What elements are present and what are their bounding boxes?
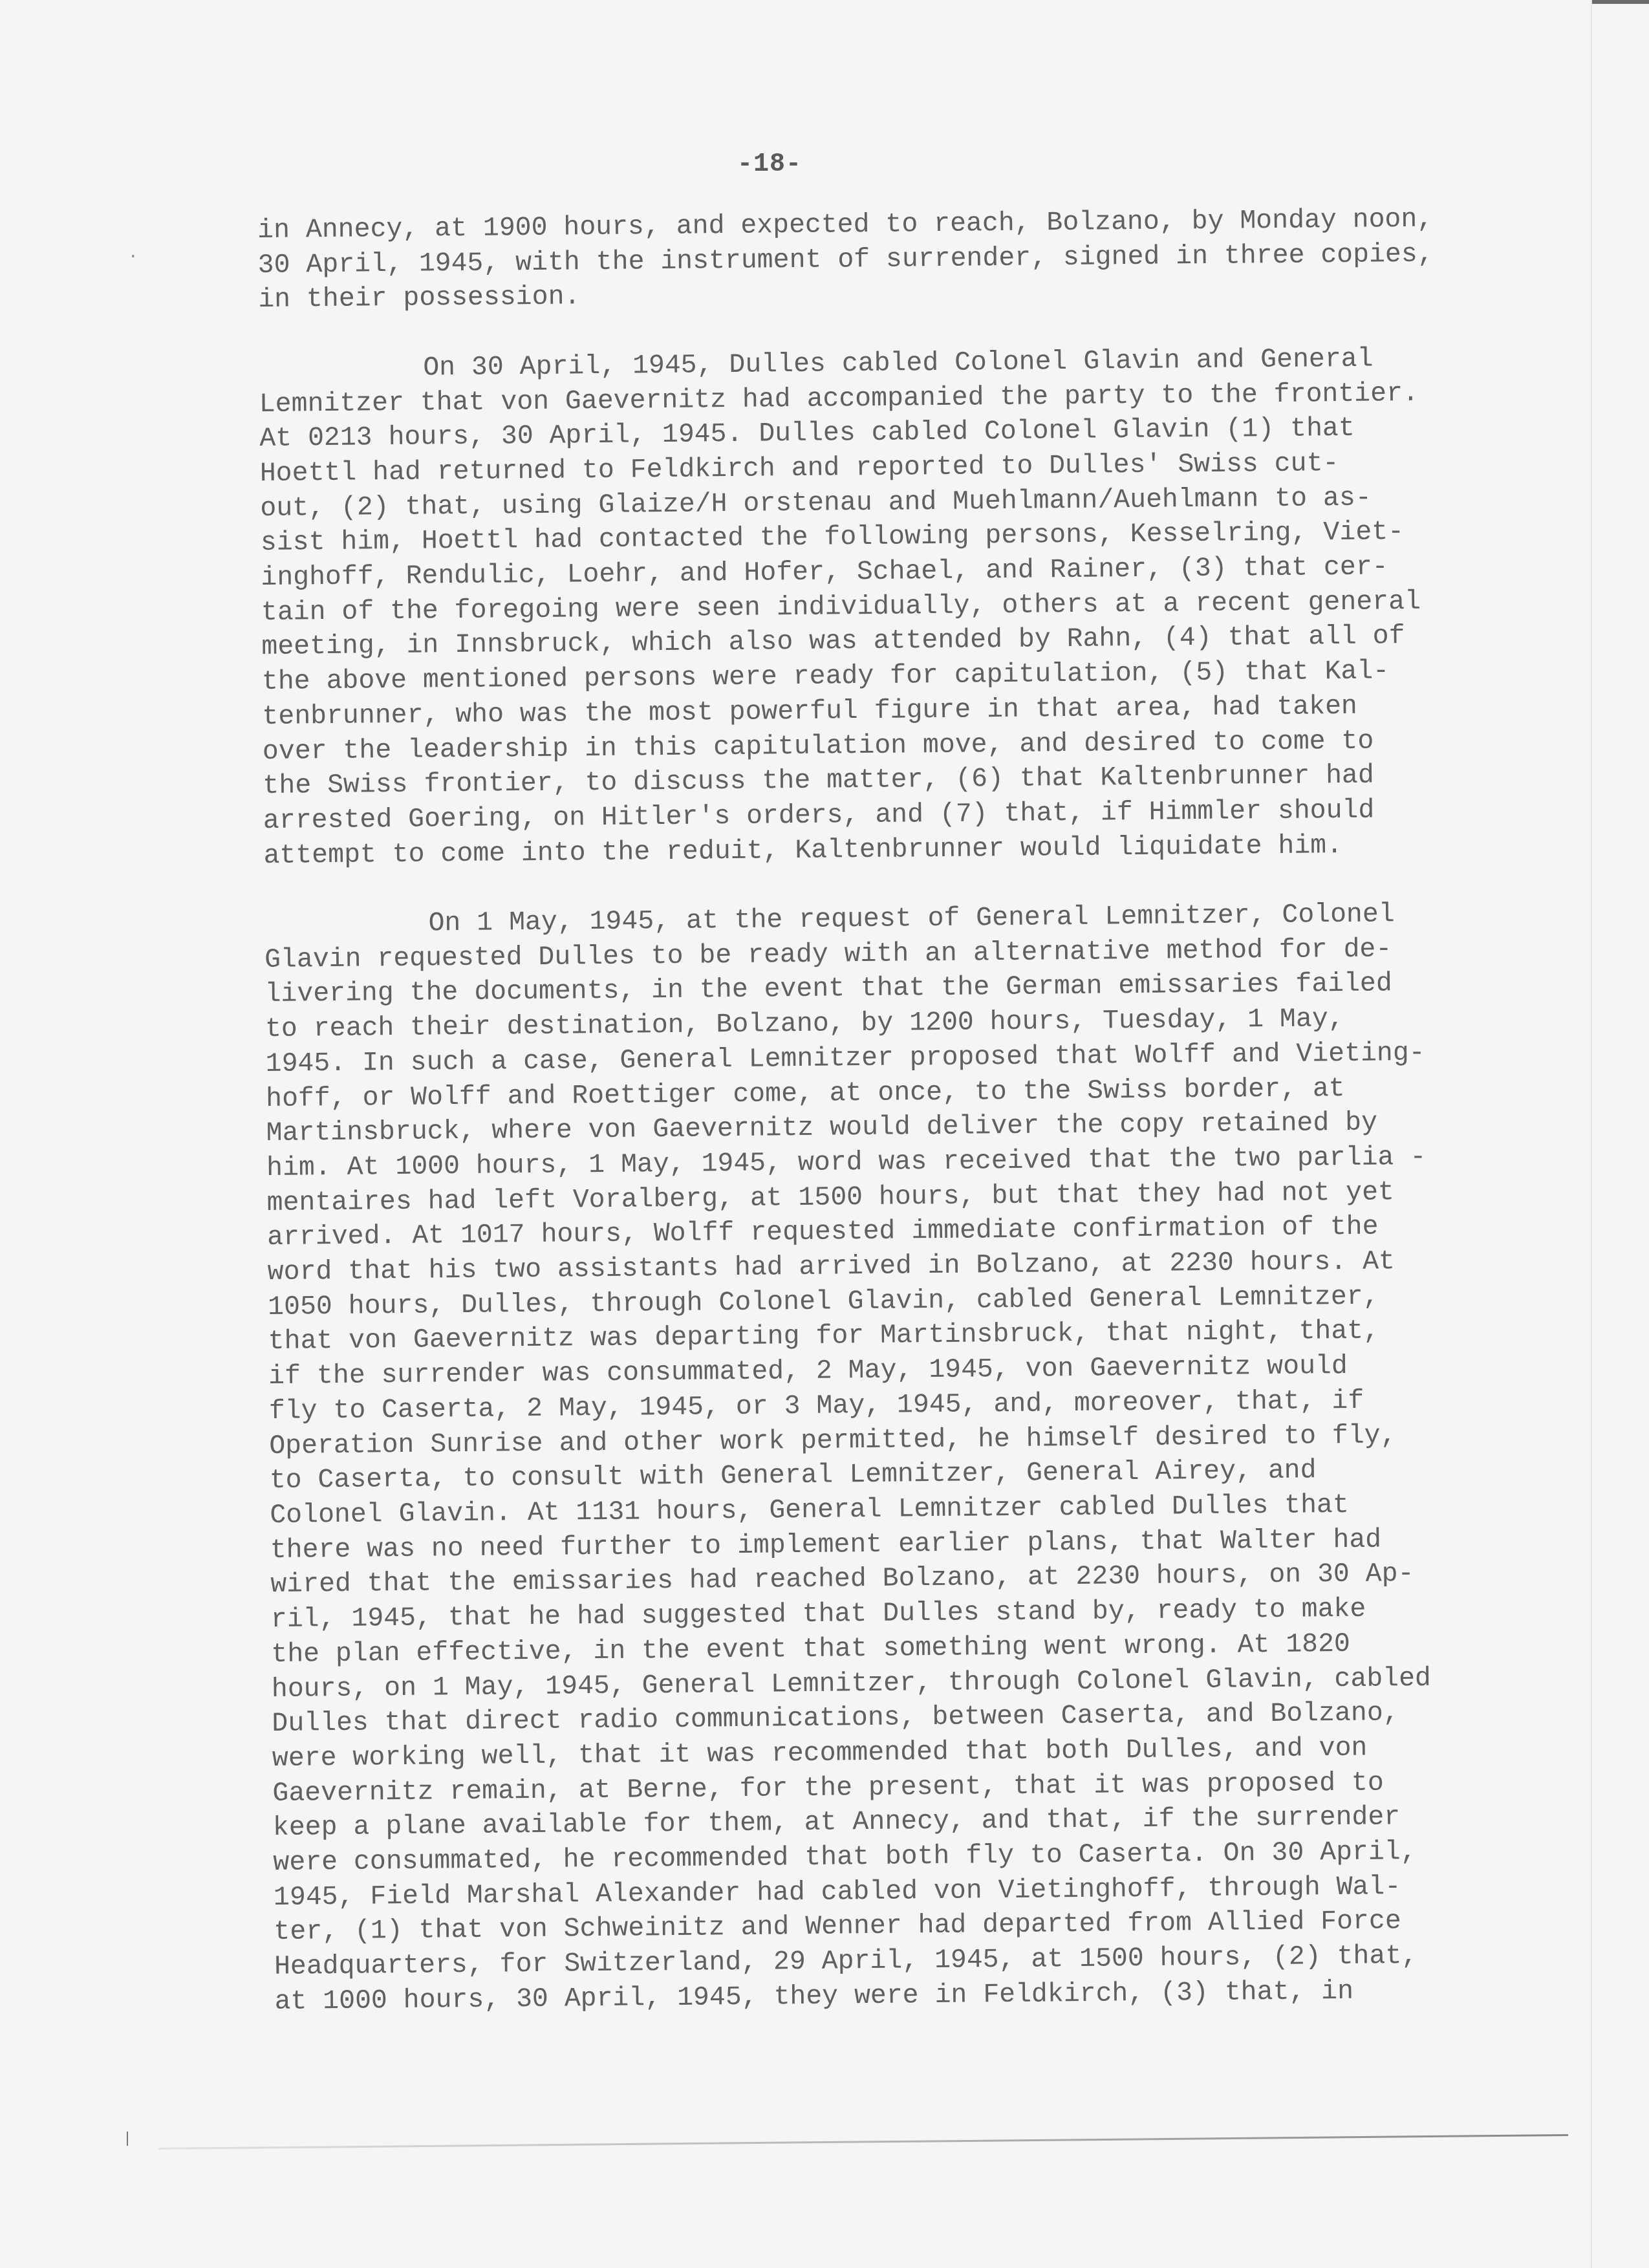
page-edge-shadow — [1592, 0, 1649, 4]
paragraph: in Annecy, at 1900 hours, and expected t… — [257, 202, 1448, 318]
bottom-margin-tick — [127, 2132, 128, 2146]
margin-mark: . — [128, 243, 138, 263]
page-edge-line — [1591, 0, 1592, 2268]
paragraph: On 30 April, 1945, Dulles cabled Colonel… — [259, 341, 1454, 873]
bottom-rule-line — [158, 2134, 1568, 2150]
paragraph: On 1 May, 1945, at the request of Genera… — [264, 896, 1464, 2019]
document-body: in Annecy, at 1900 hours, and expected t… — [257, 202, 1465, 2019]
scanned-page: -18- . in Annecy, at 1900 hours, and exp… — [0, 0, 1649, 2268]
page-number: -18- — [737, 150, 802, 179]
